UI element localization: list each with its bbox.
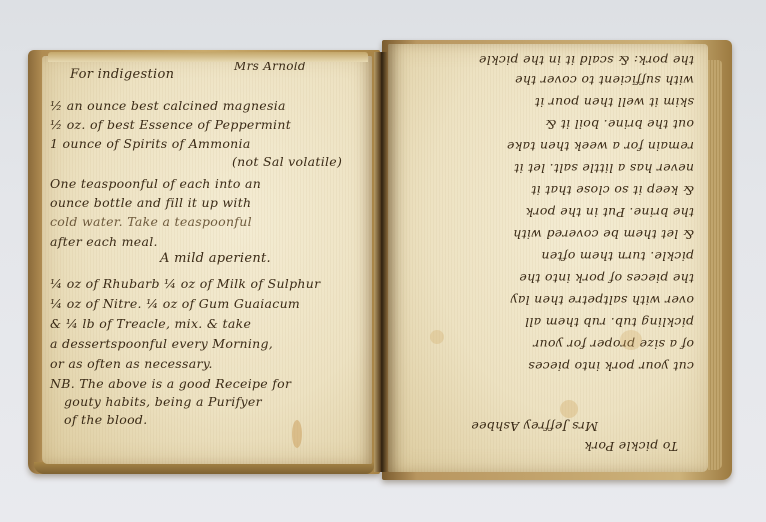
recipe-line: 1 ounce of Spirits of Ammonia — [50, 138, 251, 151]
book-gutter — [374, 52, 388, 472]
recipe-line: ¼ oz of Rhubarb ¼ oz of Milk of Sulphur — [50, 278, 320, 291]
recipe-line: skim it well then pour it — [535, 96, 694, 109]
recipe-line: ¼ oz of Nitre. ¼ oz of Gum Guaiacum — [50, 298, 300, 311]
recipe-line: a dessertspoonful every Morning, — [50, 338, 273, 351]
recipe-line: the brine. Put in the pork — [525, 206, 694, 219]
photo-scene: Mrs Arnold For indigestion ½ an ounce be… — [0, 0, 766, 522]
recipe-line: of a size proper for your — [533, 338, 694, 351]
recipe-line: (not Sal volatile) — [232, 156, 342, 169]
recipe-line: ounce bottle and fill it up with — [50, 197, 251, 210]
recipe-line: after each meal. — [50, 236, 158, 249]
recipe-line: One teaspoonful of each into an — [50, 178, 261, 191]
recipe-line: & let them be covered with — [513, 228, 694, 241]
recipe-line: cut your pork into pieces — [528, 360, 694, 373]
recipe-line: of the blood. — [64, 414, 148, 427]
recipe-line: gouty habits, being a Purifyer — [64, 396, 262, 409]
page-edges — [706, 60, 722, 470]
recipe-line: pickling tub. rub them all — [525, 316, 694, 329]
recipe-line: never has a little salt. let it — [514, 162, 694, 175]
recipe-title-aperient: A mild aperient. — [160, 252, 271, 265]
recipe-line: & keep it so close that it — [531, 184, 694, 197]
recipe-line: ½ oz. of best Essence of Peppermint — [50, 119, 291, 132]
recipe-line: with sufficient to cover the — [515, 74, 694, 87]
recipe-line: NB. The above is a good Receipe for — [50, 378, 291, 391]
recipe-line: ½ an ounce best calcined magnesia — [50, 100, 286, 113]
recipe-title-indigestion: For indigestion — [70, 68, 174, 81]
recipe-title-pickle-pork: To pickle Pork — [584, 440, 678, 453]
left-page: Mrs Arnold For indigestion ½ an ounce be… — [42, 56, 372, 464]
right-page: To pickle Pork Mrs Jeffrey Ashbee cut yo… — [388, 44, 708, 472]
recipe-line: cold water. Take a teaspoonful — [50, 216, 252, 229]
page-top-edge — [48, 52, 368, 62]
recipe-line: the pork: & scald it in the pickle — [479, 54, 694, 67]
attribution-right: Mrs Jeffrey Ashbee — [471, 420, 598, 433]
recipe-line: remain for a week then take — [507, 140, 694, 153]
recipe-line: over with saltpetre then lay — [510, 294, 694, 307]
recipe-line: the pieces of pork into the — [519, 272, 694, 285]
recipe-line: out the brine. boil it & — [545, 118, 694, 131]
upside-down-text-block: To pickle Pork Mrs Jeffrey Ashbee cut yo… — [388, 44, 708, 472]
recipe-line: or as often as necessary. — [50, 358, 213, 371]
recipe-line: pickle. turn them often — [541, 250, 694, 263]
recipe-line: & ¼ lb of Treacle, mix. & take — [50, 318, 251, 331]
